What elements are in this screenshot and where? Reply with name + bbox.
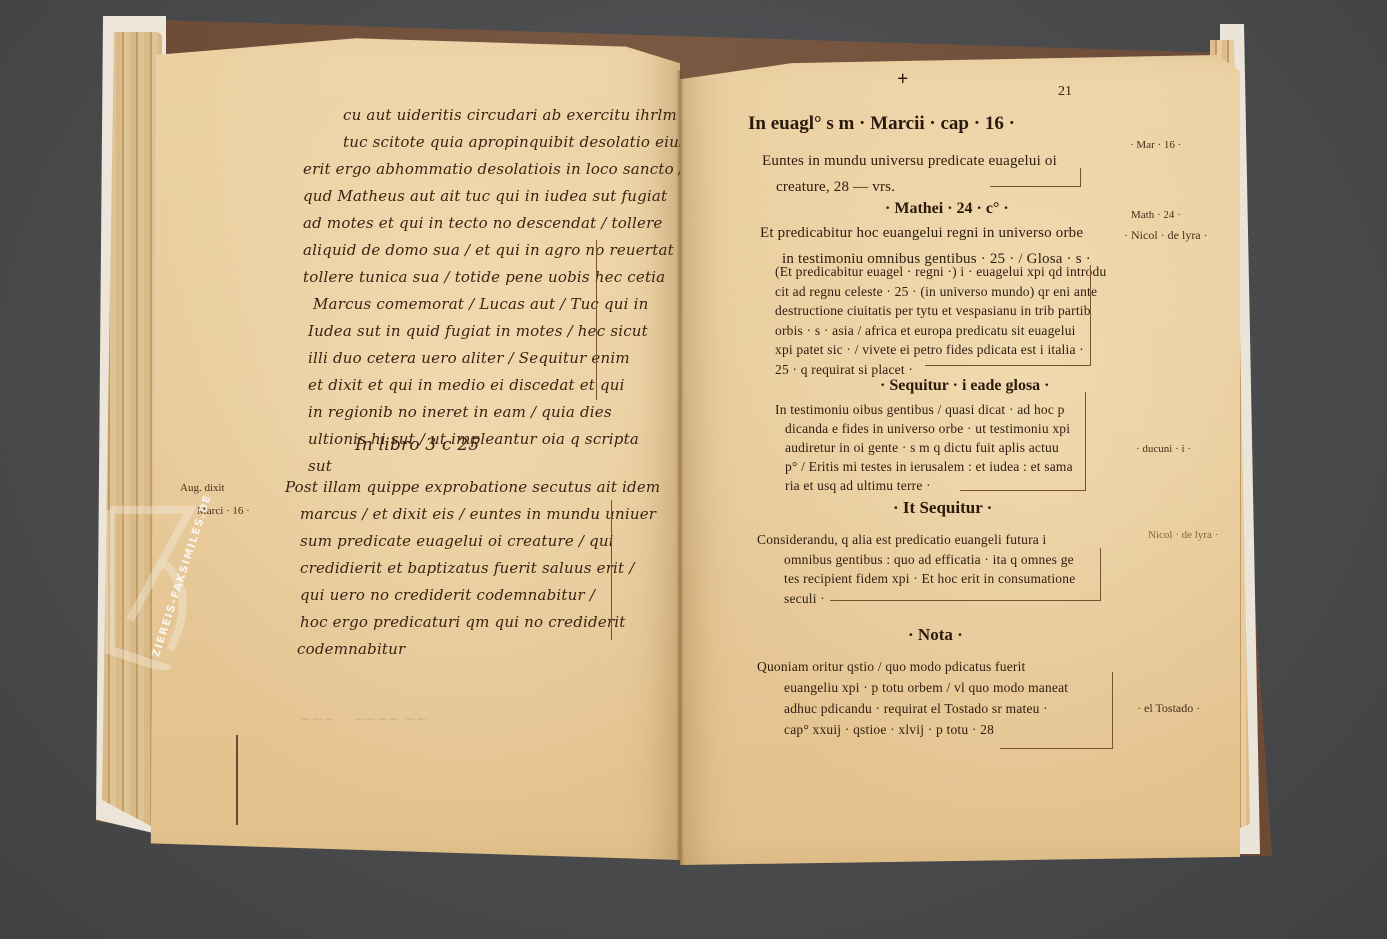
margin-note: · Nicol · de lyra · (1124, 228, 1208, 243)
text-line: Iudea sut in quid fugiat in motes / hec … (308, 318, 731, 345)
text-line: cu aut uideritis circudari ab exercitu i… (343, 102, 731, 129)
text-line: codemnabitur (297, 636, 660, 663)
text-line: illi duo cetera uero aliter / Sequitur e… (308, 345, 731, 372)
text-bracket (960, 392, 1086, 491)
text-line: aliquid de domo sua / et qui in agro no … (303, 237, 731, 264)
margin-note: Math · 24 · (1131, 209, 1181, 221)
page-title: In euagl° s m · Marcii · cap · 16 · (748, 113, 1015, 135)
text-bracket (606, 500, 612, 640)
text-bracket (990, 168, 1081, 187)
text-bracket (590, 240, 597, 400)
text-line: erit ergo abhommatio desolatiois in loco… (303, 156, 731, 183)
manuscript-photo: cu aut uideritis circudari ab exercitu i… (0, 0, 1387, 939)
text-bracket (925, 265, 1091, 366)
text-line: Marcus comemorat / Lucas aut / Tuc qui i… (313, 291, 731, 318)
margin-note: Nicol · de lyra · (1148, 529, 1218, 541)
text-line: ad motes et qui in tecto no descendat / … (303, 210, 731, 237)
folio-number: 21 (1058, 84, 1072, 100)
margin-note: · Mar · 16 · (1130, 139, 1181, 151)
book-gutter (676, 70, 684, 865)
text-line: Considerandu, q alia est predicatio euan… (757, 530, 1075, 550)
text-line: tuc scitote quia apropinquibit desolatio… (343, 129, 731, 156)
text-line: in regionib no ineret in eam / quia dies (308, 399, 731, 426)
heading-item-sequitur: · It Sequitur · (893, 498, 992, 518)
text-bracket (1000, 672, 1113, 749)
left-page-text-block-2: Post illam quippe exprobatione secutus a… (285, 474, 660, 663)
page-mark (236, 735, 238, 825)
heading-nota: · Nota · (908, 625, 963, 645)
text-line: Et predicabitur hoc euangelui regni in u… (760, 220, 1091, 246)
margin-note: · el Tostado · (1137, 701, 1200, 716)
bleed-through-text: ~~~ ~~~~ ~~ (300, 712, 428, 728)
heading-matthew: · Mathei · 24 · c° · (885, 200, 1009, 218)
text-line: qud Matheus aut ait tuc qui in iudea sut… (303, 183, 731, 210)
text-line: Post illam quippe exprobatione secutus a… (285, 474, 660, 501)
margin-note: · ducuni · i · (1136, 443, 1191, 455)
left-page-text-block-1: cu aut uideritis circudari ab exercitu i… (343, 102, 731, 480)
text-line: tollere tunica sua / totide pene uobis h… (303, 264, 731, 291)
cross-mark: + (897, 68, 908, 91)
text-line: et dixit et qui in medio ei discedat et … (308, 372, 731, 399)
left-page-subheading: In libro 3 c 25 (355, 432, 479, 459)
text-bracket (830, 548, 1101, 601)
